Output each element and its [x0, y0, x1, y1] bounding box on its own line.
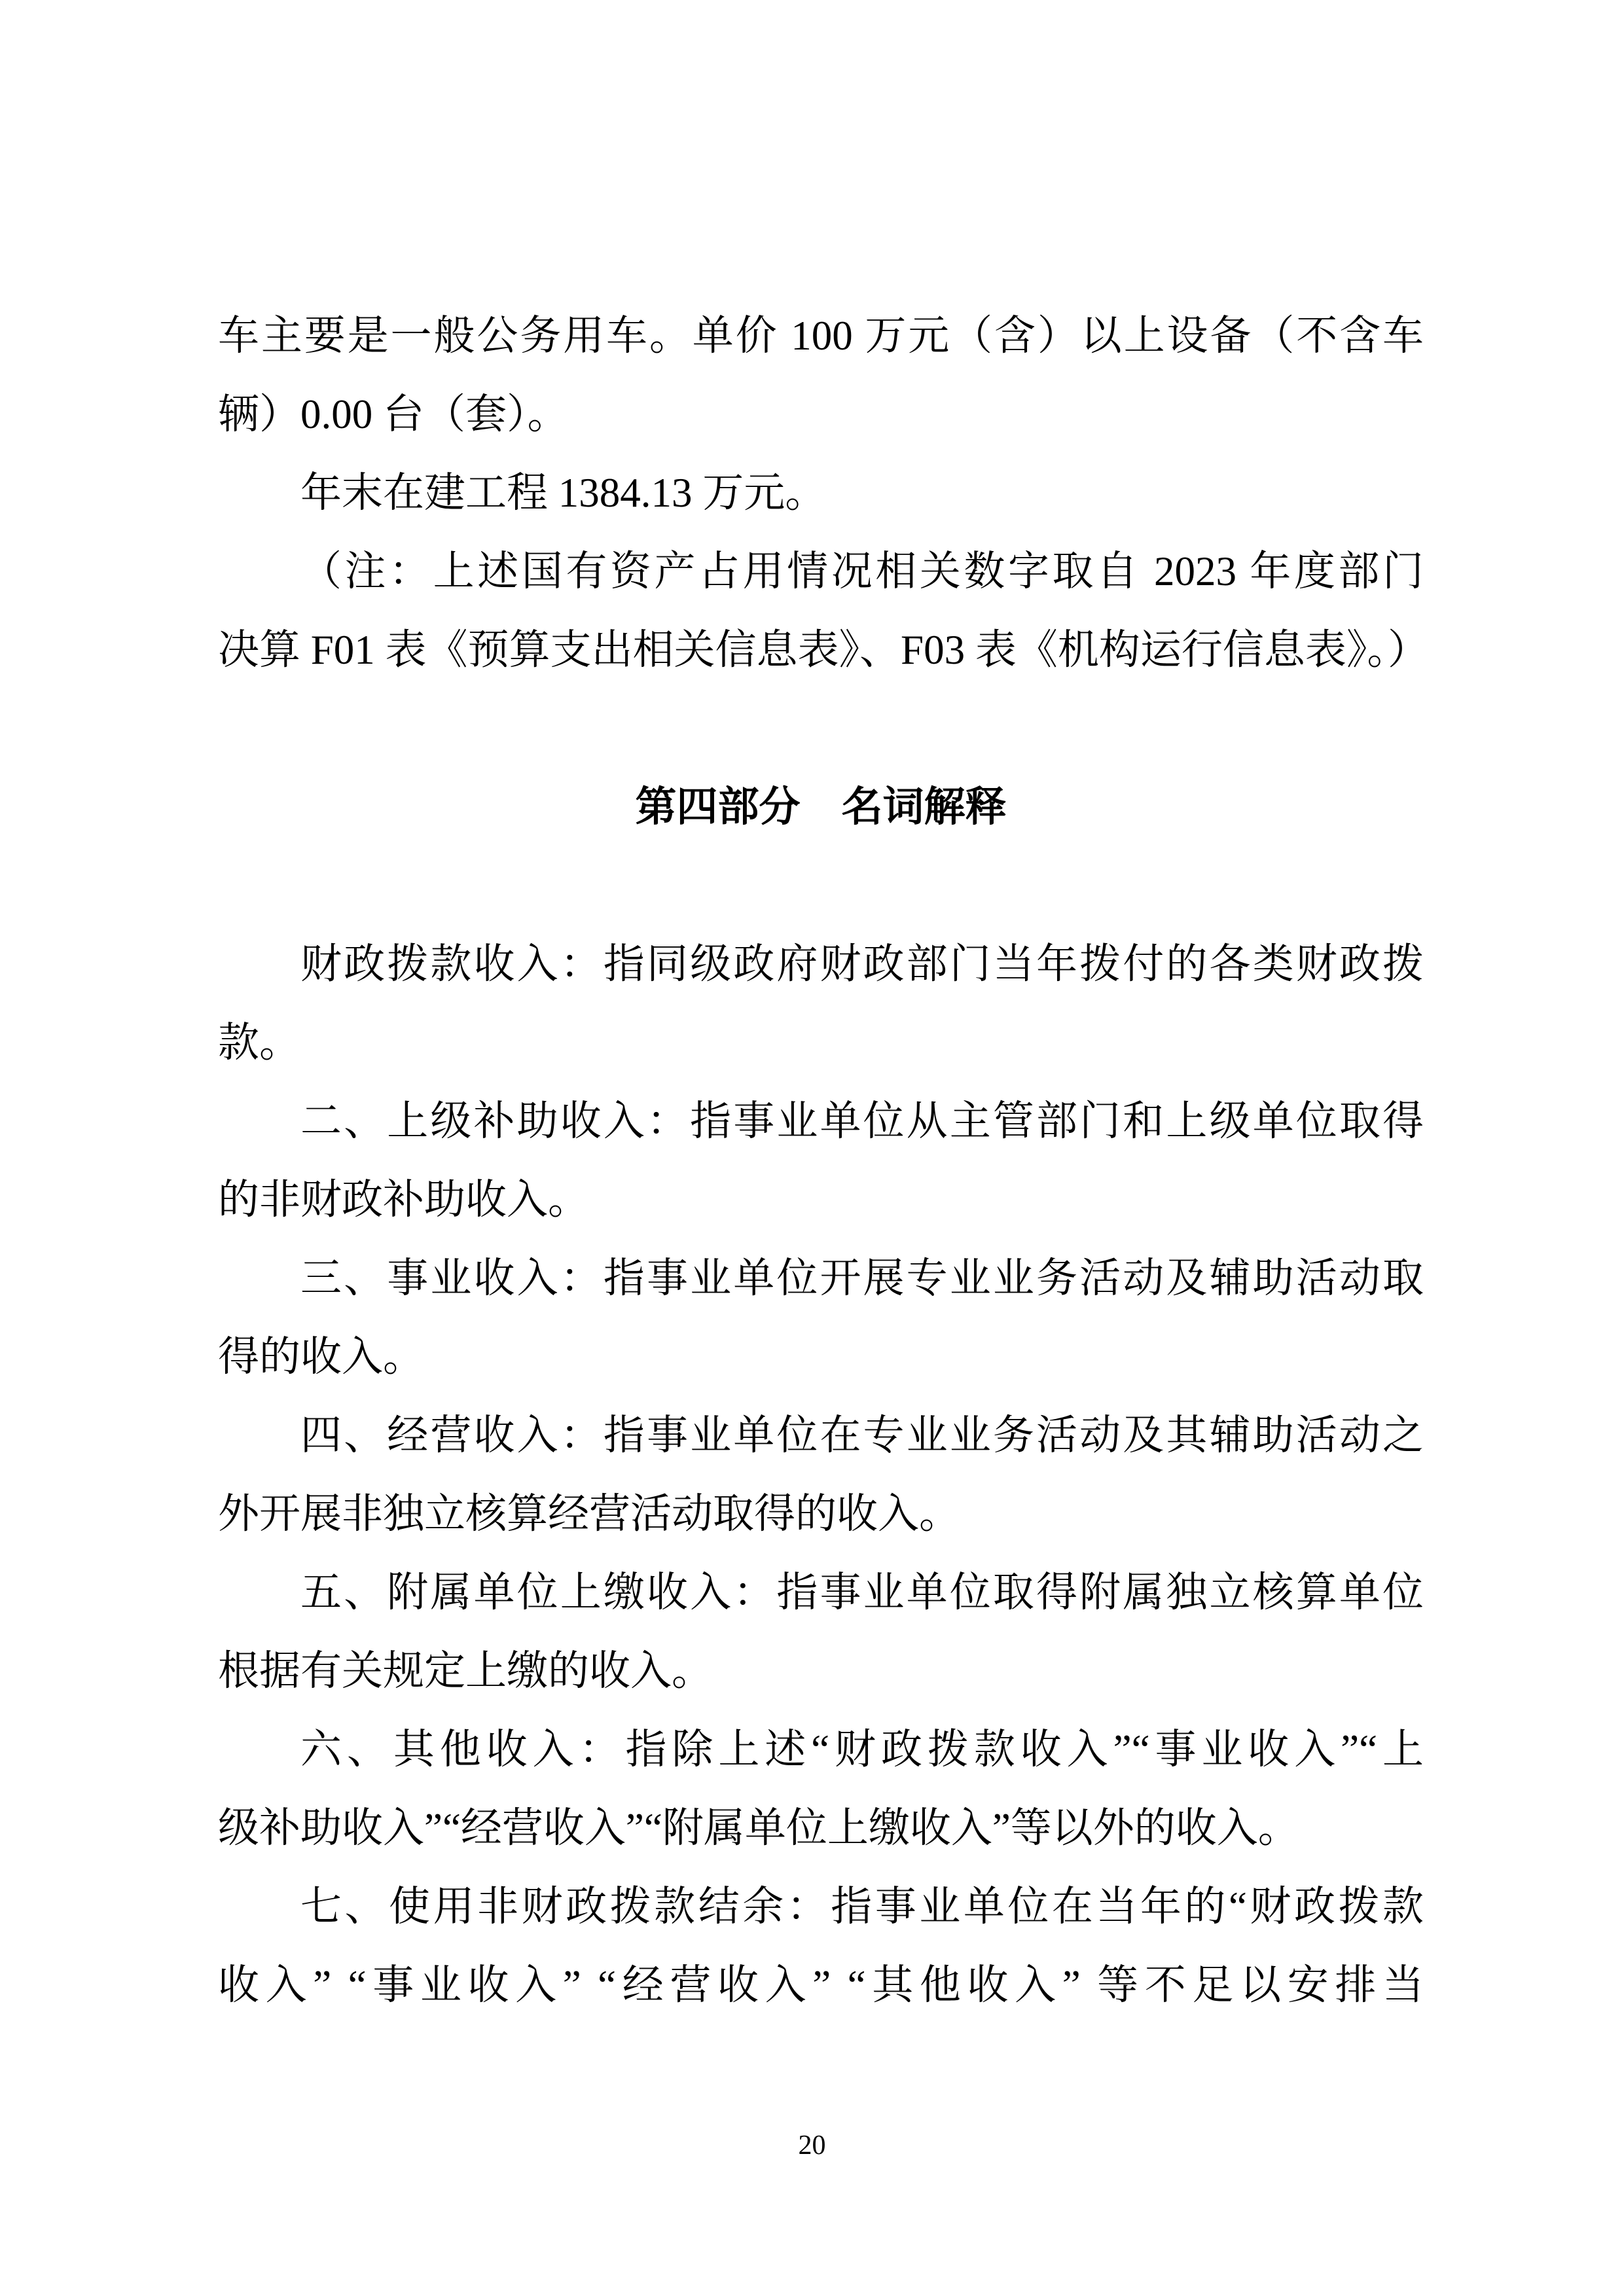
document-page: 车主要是一般公务用车。单价 100 万元（含）以上设备（不含车 辆）0.00 台…	[0, 0, 1624, 2296]
text-line: 款。	[218, 1003, 1424, 1082]
text-line: 的非财政补助收入。	[218, 1160, 1424, 1239]
text-line: 四、经营收入：指事业单位在专业业务活动及其辅助活动之	[300, 1396, 1424, 1475]
page-number: 20	[0, 2126, 1624, 2165]
text-line: 决算 F01 表《预算支出相关信息表》、F03 表《机构运行信息表》。）	[218, 611, 1424, 689]
text-line: 二、上级补助收入：指事业单位从主管部门和上级单位取得	[300, 1082, 1424, 1160]
text-line: 级补助收入”“经营收入”“附属单位上缴收入”等以外的收入。	[218, 1789, 1424, 1867]
text-line: 六、其他收入：指除上述“财政拨款收入”“事业收入”“上	[300, 1710, 1424, 1789]
text-line: （注：上述国有资产占用情况相关数字取自 2023 年度部门	[300, 532, 1424, 611]
text-line: 辆）0.00 台（套）。	[218, 375, 1424, 454]
text-line: 根据有关规定上缴的收入。	[218, 1632, 1424, 1710]
text-line: 收入” “事业收入” “经营收入” “其他收入” 等不足以安排当	[218, 1946, 1424, 2024]
text-line: 年末在建工程 1384.13 万元。	[300, 454, 1424, 532]
text-line: 得的收入。	[218, 1318, 1424, 1396]
text-line: 外开展非独立核算经营活动取得的收入。	[218, 1475, 1424, 1553]
text-line: 财政拨款收入：指同级政府财政部门当年拨付的各类财政拨	[300, 925, 1424, 1003]
text-line: 七、使用非财政拨款结余：指事业单位在当年的“财政拨款	[300, 1867, 1424, 1946]
text-line: 三、事业收入：指事业单位开展专业业务活动及辅助活动取	[300, 1239, 1424, 1318]
section-heading: 第四部分 名词解释	[218, 768, 1424, 846]
text-line: 五、附属单位上缴收入：指事业单位取得附属独立核算单位	[300, 1553, 1424, 1632]
text-line: 车主要是一般公务用车。单价 100 万元（含）以上设备（不含车	[218, 296, 1424, 375]
